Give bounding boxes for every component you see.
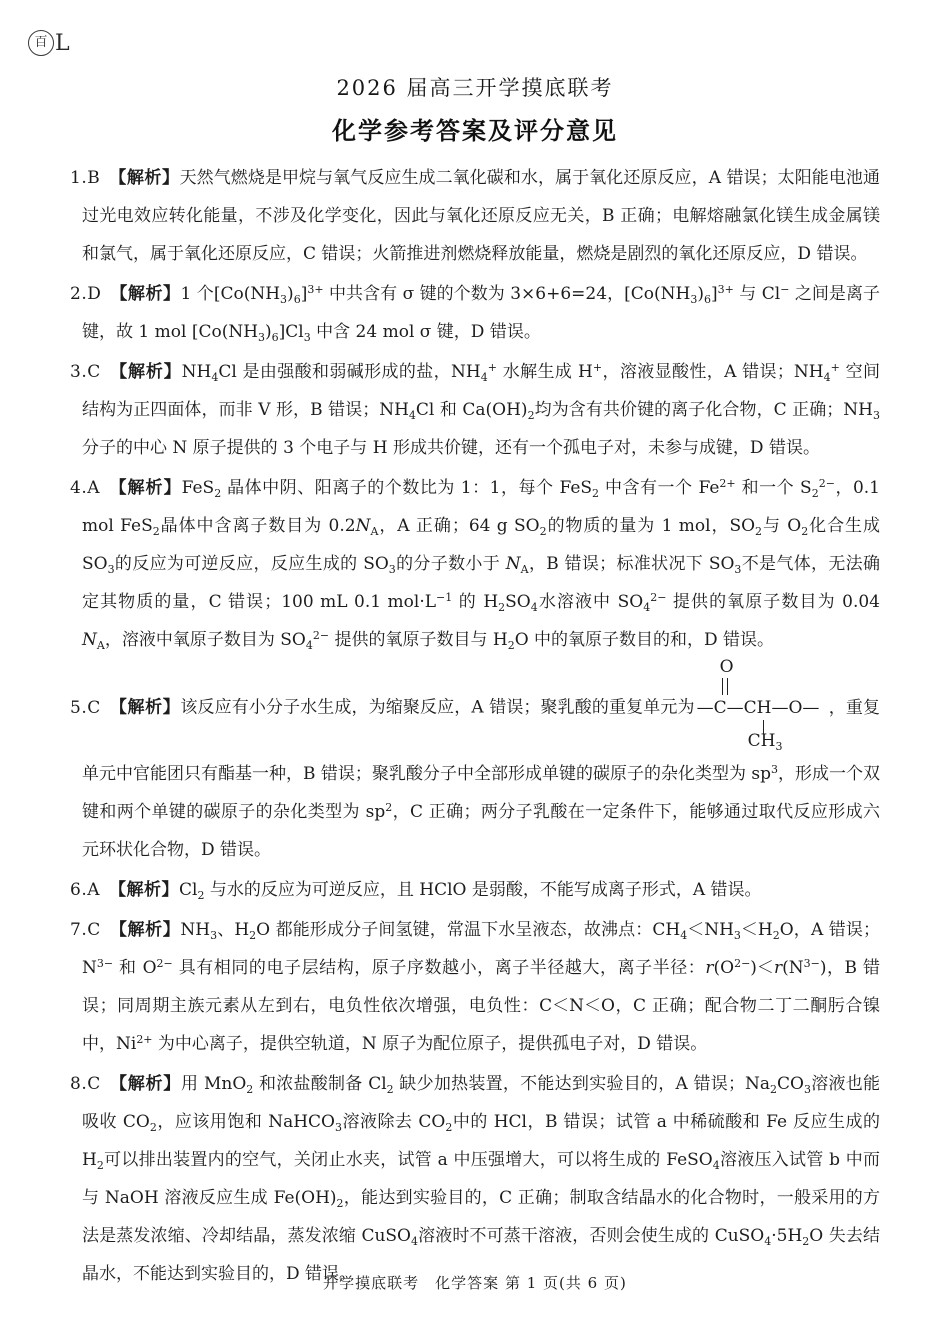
analysis-text: NH3、H2O 都能形成分子间氢键，常温下水呈液态，故沸点：CH4＜NH3＜H2… — [82, 920, 880, 1054]
exam-title: 2026 届高三开学摸底联考 — [0, 72, 950, 102]
answer-item-1: 1.B【解析】天然气燃烧是甲烷与氧气反应生成二氧化碳和水，属于氧化还原反应，A … — [70, 159, 880, 273]
answer-number: 5.C — [70, 698, 101, 718]
analysis-label: 【解析】 — [110, 284, 180, 304]
main-chain: —C—CH—O— — [697, 698, 820, 718]
logo-character: 百 — [34, 35, 47, 50]
analysis-label: 【解析】 — [110, 1074, 181, 1094]
analysis-label: 【解析】 — [110, 920, 181, 940]
analysis-label: 【解析】 — [110, 698, 181, 718]
answer-number: 4.A — [70, 478, 100, 498]
answer-item-2: 2.D【解析】1 个[Co(NH3)6]3+ 中共含有 σ 键的个数为 3×6+… — [70, 275, 880, 351]
answers-list: 1.B【解析】天然气燃烧是甲烷与氧气反应生成二氧化碳和水，属于氧化还原反应，A … — [70, 159, 880, 1293]
analysis-label: 【解析】 — [109, 880, 179, 900]
document-page: 百L 2026 届高三开学摸底联考 化学参考答案及评分意见 1.B【解析】天然气… — [0, 0, 950, 1333]
analysis-text: FeS2 晶体中阴、阳离子的个数比为 1：1，每个 FeS2 中含有一个 Fe2… — [82, 478, 880, 650]
answer-item-7: 7.C【解析】NH3、H2O 都能形成分子间氢键，常温下水呈液态，故沸点：CH4… — [70, 911, 880, 1063]
page-footer: 开学摸底联考 化学答案 第 1 页(共 6 页) — [0, 1272, 950, 1293]
oxygen-atom: O — [720, 657, 734, 677]
publisher-logo: 百L — [28, 30, 70, 56]
analysis-label: 【解析】 — [110, 362, 182, 382]
analysis-text: 天然气燃烧是甲烷与氧气反应生成二氧化碳和水，属于氧化还原反应，A 错误；太阳能电… — [82, 168, 880, 264]
answer-number: 2.D — [70, 284, 101, 304]
answer-item-3: 3.C【解析】NH4Cl 是由强酸和弱碱形成的盐，NH4+ 水解生成 H+，溶液… — [70, 353, 880, 467]
answer-number: 8.C — [70, 1074, 101, 1094]
analysis-text: 1 个[Co(NH3)6]3+ 中共含有 σ 键的个数为 3×6+6=24，[C… — [82, 284, 880, 342]
analysis-label: 【解析】 — [109, 478, 182, 498]
analysis-text: NH4Cl 是由强酸和弱碱形成的盐，NH4+ 水解生成 H+，溶液显酸性，A 错… — [82, 362, 880, 458]
logo-circle-icon: 百 — [28, 30, 54, 56]
logo-letter: L — [55, 31, 70, 56]
answer-key-title: 化学参考答案及评分意见 — [0, 111, 950, 146]
lactic-acid-repeat-unit-structure: O—C—CH—O—CH3 — [697, 661, 827, 755]
double-bond — [722, 678, 728, 695]
answer-item-6: 6.A【解析】Cl2 与水的反应为可逆反应，且 HClO 是弱酸，不能写成离子形… — [70, 871, 880, 909]
answer-item-4: 4.A【解析】FeS2 晶体中阴、阳离子的个数比为 1：1，每个 FeS2 中含… — [70, 469, 880, 659]
answer-number: 6.A — [70, 880, 100, 900]
answer-item-8: 8.C【解析】用 MnO2 和浓盐酸制备 Cl2 缺少加热装置，不能达到实验目的… — [70, 1065, 880, 1293]
analysis-label: 【解析】 — [109, 168, 179, 188]
analysis-text: Cl2 与水的反应为可逆反应，且 HClO 是弱酸，不能写成离子形式，A 错误。 — [179, 880, 762, 900]
answer-number: 7.C — [70, 920, 101, 940]
methyl-group: CH3 — [748, 731, 783, 751]
answer-number: 1.B — [70, 168, 100, 188]
analysis-text: 用 MnO2 和浓盐酸制备 Cl2 缺少加热装置，不能达到实验目的，A 错误；N… — [82, 1074, 880, 1284]
answer-item-5: 5.C【解析】该反应有小分子水生成，为缩聚反应，A 错误；聚乳酸的重复单元为O—… — [70, 661, 880, 869]
analysis-text: 该反应有小分子水生成，为缩聚反应，A 错误；聚乳酸的重复单元为 — [180, 698, 694, 718]
answer-number: 3.C — [70, 362, 101, 382]
